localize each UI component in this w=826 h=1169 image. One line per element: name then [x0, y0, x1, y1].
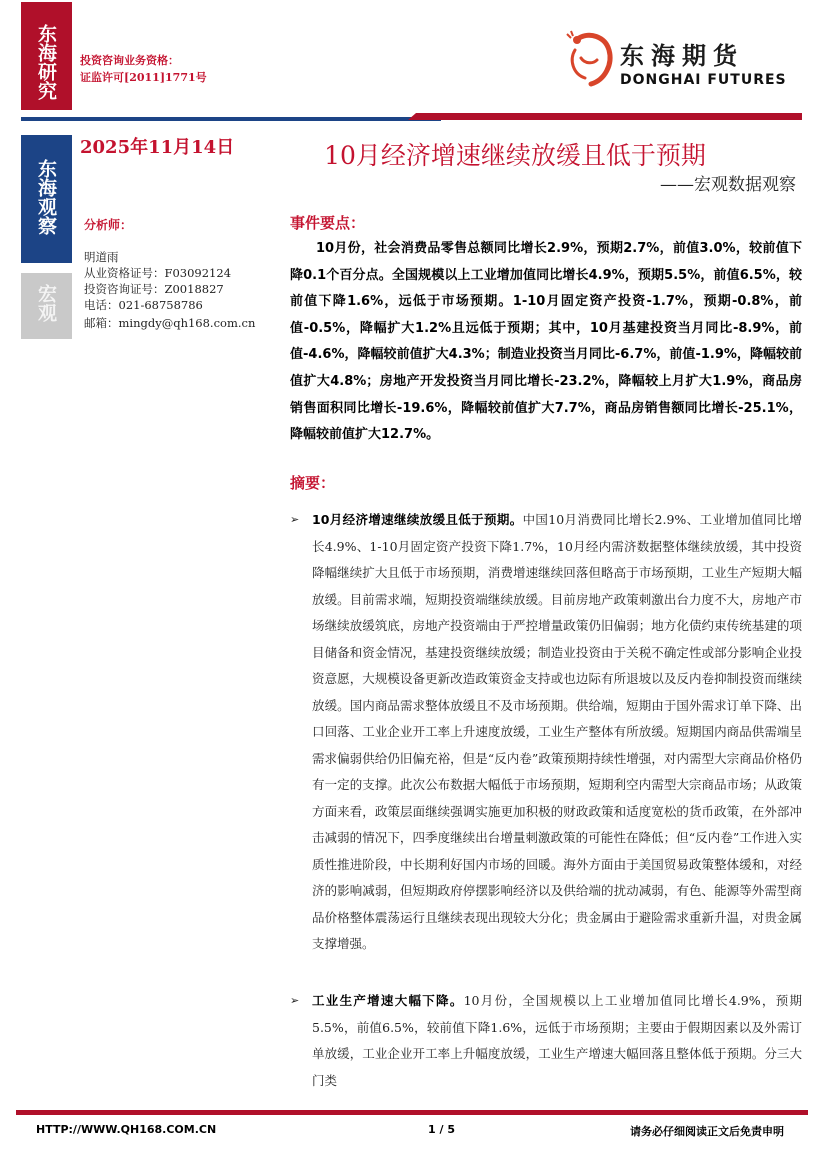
analyst-advisory-license: 投资咨询证号：Z0018827 [84, 281, 255, 297]
report-date: 2025年11月14日 [80, 133, 234, 159]
header-divider-blue [21, 117, 441, 121]
analyst-license: 从业资格证号：F03092124 [84, 265, 255, 281]
bullet-arrow-icon: ➢ [290, 507, 299, 534]
analyst-name: 明道雨 [84, 249, 255, 265]
brand-vertical-block: 东海研究 [21, 2, 72, 110]
footer-divider [16, 1110, 808, 1115]
summary-bullet: ➢ 工业生产增速大幅下降。10月份，全国规模以上工业增加值同比增长4.9%，预期… [290, 988, 802, 1094]
bullet-paragraph: 10月经济增速继续放缓且低于预期。中国10月消费同比增长2.9%、工业增加值同比… [312, 507, 802, 958]
logo-chinese-name: 东海期货 [620, 36, 744, 71]
bullet-text: 中国10月消费同比增长2.9%、工业增加值同比增长4.9%、1-10月固定资产投… [312, 512, 802, 951]
event-body: 10月份，社会消费品零售总额同比增长2.9%，预期2.7%，前值3.0%，较前值… [290, 236, 802, 449]
footer-disclaimer: 请务必仔细阅读正文后免责申明 [630, 1123, 784, 1139]
bullet-lead: 10月经济增速继续放缓且低于预期。 [312, 512, 523, 527]
report-title: 10月经济增速继续放缓且低于预期 [300, 136, 730, 172]
footer-url[interactable]: HTTP://WWW.QH168.COM.CN [36, 1123, 216, 1136]
category-label-block: 宏观 [21, 273, 72, 339]
bullet-arrow-icon: ➢ [290, 988, 299, 1015]
summary-bullet: ➢ 10月经济增速继续放缓且低于预期。中国10月消费同比增长2.9%、工业增加值… [290, 507, 802, 958]
summary-heading: 摘要： [290, 472, 335, 493]
analyst-label: 分析师： [84, 216, 132, 233]
column-label: 东海观察 [35, 159, 56, 235]
dragon-logo-icon [565, 30, 617, 90]
bullet-paragraph: 工业生产增速大幅下降。10月份，全国规模以上工业增加值同比增长4.9%，预期5.… [312, 988, 802, 1094]
qualification-line1: 投资咨询业务资格： [80, 52, 207, 69]
header-divider-red [408, 113, 802, 120]
company-logo: 东海期货 DONGHAI FUTURES [565, 30, 805, 90]
logo-english-name: DONGHAI FUTURES [620, 72, 787, 88]
qualification-line2: 证监许可[2011]1771号 [80, 69, 207, 86]
page-number: 1 / 5 [428, 1123, 455, 1136]
analyst-email[interactable]: 邮箱：mingdy@qh168.com.cn [84, 315, 255, 331]
event-heading: 事件要点： [290, 212, 365, 233]
column-label-block: 东海观察 [21, 135, 72, 263]
report-subtitle: ——宏观数据观察 [560, 170, 796, 195]
brand-vertical-text: 东海研究 [35, 24, 56, 100]
category-label: 宏观 [35, 284, 56, 322]
analyst-info: 明道雨 从业资格证号：F03092124 投资咨询证号：Z0018827 电话：… [84, 249, 255, 331]
qualification: 投资咨询业务资格： 证监许可[2011]1771号 [80, 52, 207, 86]
bullet-lead: 工业生产增速大幅下降。 [312, 993, 464, 1008]
analyst-phone: 电话：021-68758786 [84, 297, 255, 313]
